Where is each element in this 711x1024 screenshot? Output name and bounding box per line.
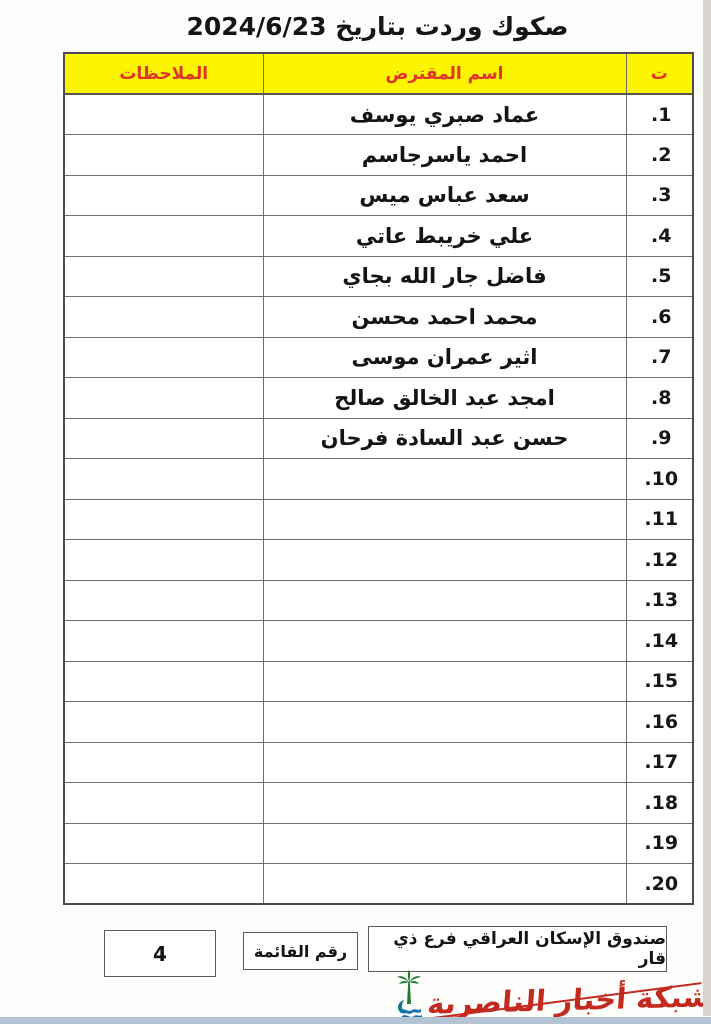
table-row: .3سعد عباس ميس bbox=[64, 175, 693, 216]
serial-cell: .1 bbox=[626, 94, 693, 135]
borrower-cell: حسن عبد السادة فرحان bbox=[263, 418, 626, 459]
table-row: .6محمد احمد محسن bbox=[64, 297, 693, 338]
borrower-cell bbox=[263, 823, 626, 864]
table-row: .14 bbox=[64, 621, 693, 662]
palm-tree-icon bbox=[394, 970, 424, 1022]
notes-cell bbox=[64, 175, 263, 216]
borrower-header: اسم المقترض bbox=[263, 53, 626, 94]
notes-cell bbox=[64, 783, 263, 824]
table-row: .20 bbox=[64, 864, 693, 905]
serial-cell: .7 bbox=[626, 337, 693, 378]
serial-cell: .9 bbox=[626, 418, 693, 459]
notes-cell bbox=[64, 459, 263, 500]
notes-cell bbox=[64, 94, 263, 135]
notes-cell bbox=[64, 378, 263, 419]
table-row: .11 bbox=[64, 499, 693, 540]
table-row: .16 bbox=[64, 702, 693, 743]
notes-cell bbox=[64, 216, 263, 257]
borrower-cell: احمد ياسرجاسم bbox=[263, 135, 626, 176]
serial-cell: .20 bbox=[626, 864, 693, 905]
serial-cell: .19 bbox=[626, 823, 693, 864]
serial-cell: .14 bbox=[626, 621, 693, 662]
notes-header: الملاحظات bbox=[64, 53, 263, 94]
borrower-cell bbox=[263, 783, 626, 824]
serial-cell: .8 bbox=[626, 378, 693, 419]
table-row: .2احمد ياسرجاسم bbox=[64, 135, 693, 176]
notes-cell bbox=[64, 540, 263, 581]
watermark: شبكة أخبار الناصرية bbox=[455, 970, 711, 1022]
table-row: .10 bbox=[64, 459, 693, 500]
watermark-text: شبكة أخبار الناصرية bbox=[426, 974, 711, 1018]
table-row: .13 bbox=[64, 580, 693, 621]
borrower-cell: فاضل جار الله بجاي bbox=[263, 256, 626, 297]
serial-cell: .15 bbox=[626, 661, 693, 702]
notes-cell bbox=[64, 823, 263, 864]
organization-box: صندوق الإسكان العراقي فرع ذي قار bbox=[368, 926, 667, 972]
table-row: .12 bbox=[64, 540, 693, 581]
notes-cell bbox=[64, 621, 263, 662]
serial-cell: .10 bbox=[626, 459, 693, 500]
notes-cell bbox=[64, 499, 263, 540]
table-row: .19 bbox=[64, 823, 693, 864]
page-bottom-strip bbox=[0, 1017, 711, 1024]
table-row: .1عماد صبري يوسف bbox=[64, 94, 693, 135]
serial-cell: .5 bbox=[626, 256, 693, 297]
serial-cell: .3 bbox=[626, 175, 693, 216]
table-row: .9حسن عبد السادة فرحان bbox=[64, 418, 693, 459]
serial-cell: .13 bbox=[626, 580, 693, 621]
serial-cell: .6 bbox=[626, 297, 693, 338]
notes-cell bbox=[64, 864, 263, 905]
notes-cell bbox=[64, 661, 263, 702]
table-header-row: ت اسم المقترض الملاحظات bbox=[64, 53, 693, 94]
serial-cell: .4 bbox=[626, 216, 693, 257]
serial-header: ت bbox=[626, 53, 693, 94]
borrower-cell: امجد عبد الخالق صالح bbox=[263, 378, 626, 419]
list-number-label-box: رقم القائمة bbox=[243, 932, 358, 970]
borrower-cell bbox=[263, 580, 626, 621]
notes-cell bbox=[64, 418, 263, 459]
notes-cell bbox=[64, 337, 263, 378]
notes-cell bbox=[64, 580, 263, 621]
table-row: .8امجد عبد الخالق صالح bbox=[64, 378, 693, 419]
notes-cell bbox=[64, 702, 263, 743]
borrower-cell bbox=[263, 540, 626, 581]
table-row: .5فاضل جار الله بجاي bbox=[64, 256, 693, 297]
serial-cell: .16 bbox=[626, 702, 693, 743]
borrower-cell: اثير عمران موسى bbox=[263, 337, 626, 378]
borrower-cell: عماد صبري يوسف bbox=[263, 94, 626, 135]
loans-table: ت اسم المقترض الملاحظات .1عماد صبري يوسف… bbox=[63, 52, 694, 905]
notes-cell bbox=[64, 256, 263, 297]
document-title: صكوك وردت بتاريخ 2024/6/23 bbox=[63, 12, 692, 41]
borrower-cell bbox=[263, 702, 626, 743]
page-edge-right bbox=[703, 0, 711, 1016]
borrower-cell bbox=[263, 661, 626, 702]
table-row: .15 bbox=[64, 661, 693, 702]
serial-cell: .18 bbox=[626, 783, 693, 824]
serial-cell: .2 bbox=[626, 135, 693, 176]
notes-cell bbox=[64, 297, 263, 338]
borrower-cell bbox=[263, 459, 626, 500]
serial-cell: .11 bbox=[626, 499, 693, 540]
serial-cell: .17 bbox=[626, 742, 693, 783]
serial-cell: .12 bbox=[626, 540, 693, 581]
table-row: .7اثير عمران موسى bbox=[64, 337, 693, 378]
borrower-cell bbox=[263, 864, 626, 905]
table-row: .18 bbox=[64, 783, 693, 824]
borrower-cell bbox=[263, 742, 626, 783]
table-row: .17 bbox=[64, 742, 693, 783]
notes-cell bbox=[64, 742, 263, 783]
document-page: صكوك وردت بتاريخ 2024/6/23 ت اسم المقترض… bbox=[0, 0, 711, 1024]
notes-cell bbox=[64, 135, 263, 176]
borrower-cell bbox=[263, 621, 626, 662]
borrower-cell bbox=[263, 499, 626, 540]
borrower-cell: علي خريبط عاتي bbox=[263, 216, 626, 257]
borrower-cell: سعد عباس ميس bbox=[263, 175, 626, 216]
table-row: .4علي خريبط عاتي bbox=[64, 216, 693, 257]
list-number-value-box: 4 bbox=[104, 930, 216, 977]
borrower-cell: محمد احمد محسن bbox=[263, 297, 626, 338]
